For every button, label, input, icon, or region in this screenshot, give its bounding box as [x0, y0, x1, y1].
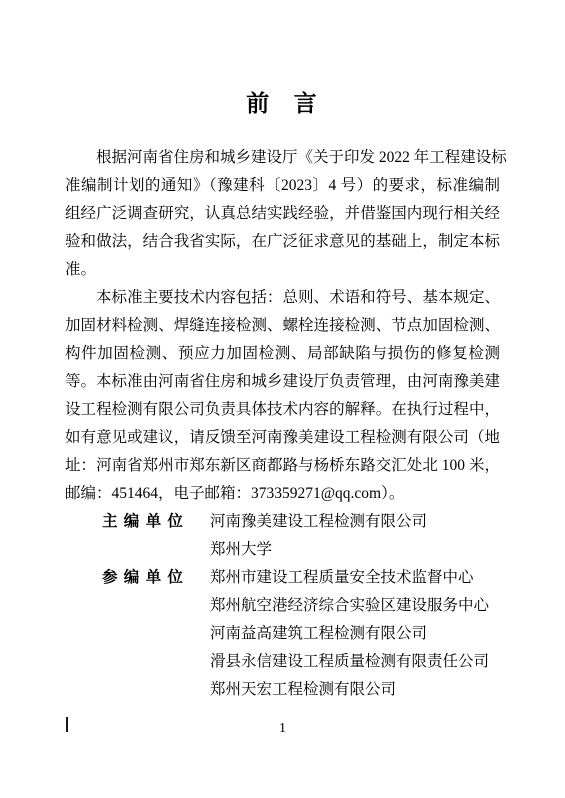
paragraph-management: 本标准由河南省住房和城乡建设厅负责管理，由河南豫美建 设工程检测有限公司负责具体…: [65, 368, 500, 508]
chief-editor-row: 郑州大学: [65, 536, 500, 564]
participating-editor-label-spacer: [102, 592, 210, 620]
paragraph-line: 如有意见或建议，请反馈至河南豫美建设工程检测有限公司（地: [65, 424, 500, 452]
participating-editor-row: 郑州航空港经济综合实验区建设服务中心: [65, 592, 500, 620]
participating-editor-org: 滑县永信建设工程质量检测有限责任公司: [210, 648, 500, 676]
preface-title: 前 言: [65, 90, 500, 116]
participating-editor-label: 参 编 单 位: [102, 564, 210, 592]
preface-body: 根据河南省住房和城乡建设厅《关于印发 2022 年工程建设标 准编制计划的通知》…: [65, 144, 500, 704]
paragraph-line: 根据河南省住房和城乡建设厅《关于印发 2022 年工程建设标: [65, 144, 500, 172]
participating-editor-label-spacer: [102, 620, 210, 648]
participating-editor-org: 郑州市建设工程质量安全技术监督中心: [210, 564, 500, 592]
editing-units: 主 编 单 位 河南豫美建设工程检测有限公司 郑州大学 参 编 单 位 郑州市建…: [65, 508, 500, 704]
paragraph-line: 本标准由河南省住房和城乡建设厅负责管理，由河南豫美建: [65, 368, 500, 396]
paragraph-line: 准编制计划的通知》（豫建科〔2023〕4 号）的要求，标准编制: [65, 172, 500, 200]
page-number: 1: [0, 720, 565, 738]
participating-editor-org: 郑州天宏工程检测有限公司: [210, 676, 500, 704]
participating-editor-label-spacer: [102, 648, 210, 676]
paragraph-line: 邮编：451464，电子邮箱：373359271@qq.com）。: [65, 480, 500, 508]
participating-editor-row: 参 编 单 位 郑州市建设工程质量安全技术监督中心: [65, 564, 500, 592]
chief-editor-label: 主 编 单 位: [102, 508, 210, 536]
chief-editor-org: 郑州大学: [210, 536, 500, 564]
participating-editor-org: 河南益高建筑工程检测有限公司: [210, 620, 500, 648]
paragraph-line: 验和做法，结合我省实际，在广泛征求意见的基础上，制定本标: [65, 228, 500, 256]
paragraph-line: 址：河南省郑州市郑东新区商都路与杨桥东路交汇处北 100 米，: [65, 452, 500, 480]
participating-editor-row: 滑县永信建设工程质量检测有限责任公司: [65, 648, 500, 676]
paragraph-line: 设工程检测有限公司负责具体技术内容的解释。在执行过程中，: [65, 396, 500, 424]
participating-editor-org: 郑州航空港经济综合实验区建设服务中心: [210, 592, 500, 620]
paragraph-line: 加固材料检测、焊缝连接检测、螺栓连接检测、节点加固检测、: [65, 312, 500, 340]
paragraph-basis: 根据河南省住房和城乡建设厅《关于印发 2022 年工程建设标 准编制计划的通知》…: [65, 144, 500, 284]
participating-editor-row: 河南益高建筑工程检测有限公司: [65, 620, 500, 648]
paragraph-contents: 本标准主要技术内容包括：总则、术语和符号、基本规定、 加固材料检测、焊缝连接检测…: [65, 284, 500, 368]
paragraph-line: 本标准主要技术内容包括：总则、术语和符号、基本规定、: [65, 284, 500, 312]
chief-editor-label-spacer: [102, 536, 210, 564]
document-page: 前 言 根据河南省住房和城乡建设厅《关于印发 2022 年工程建设标 准编制计划…: [0, 0, 565, 798]
paragraph-line: 准。: [65, 256, 500, 284]
participating-editor-label-spacer: [102, 676, 210, 704]
chief-editor-row: 主 编 单 位 河南豫美建设工程检测有限公司: [65, 508, 500, 536]
participating-editor-row: 郑州天宏工程检测有限公司: [65, 676, 500, 704]
paragraph-line: 组经广泛调查研究，认真总结实践经验，并借鉴国内现行相关经: [65, 200, 500, 228]
paragraph-line: 构件加固检测、预应力加固检测、局部缺陷与损伤的修复检测等。: [65, 340, 500, 368]
chief-editor-org: 河南豫美建设工程检测有限公司: [210, 508, 500, 536]
